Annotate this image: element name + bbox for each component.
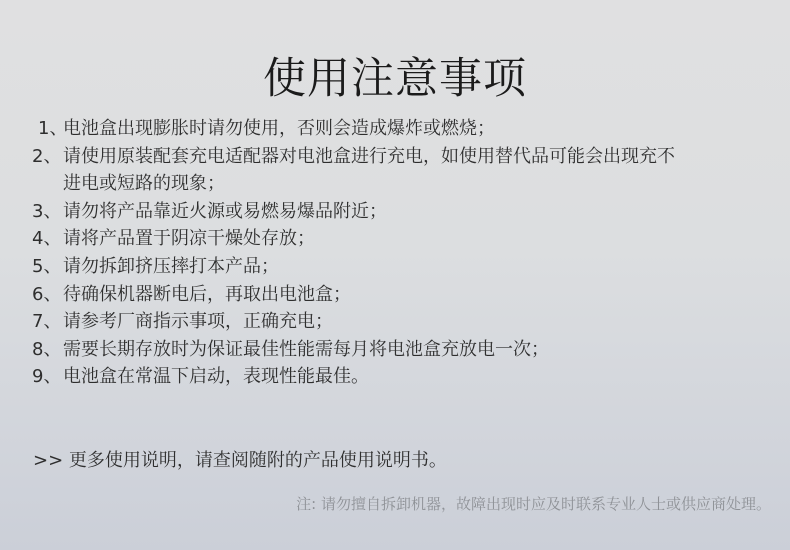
list-item: 9、 电池盒在常温下启动，表现性能最佳。 [0, 363, 790, 391]
item-number: 7、 [32, 308, 61, 336]
item-text: 请将产品置于阴凉干燥处存放； [63, 228, 315, 249]
footnote: 注: 请勿擅自拆卸机器，故障出现时应及时联系专业人士或供应商处理。 [296, 493, 771, 515]
item-text: 电池盒出现膨胀时请勿使用，否则会造成爆炸或燃烧； [63, 118, 495, 139]
list-item: 3、 请勿将产品靠近火源或易燃易爆品附近； [0, 198, 790, 226]
item-number: 3、 [32, 198, 61, 226]
item-number: 8、 [32, 336, 61, 364]
item-number: 2、 [32, 143, 61, 171]
item-text: 请使用原装配套充电适配器对电池盒进行充电，如使用替代品可能会出现充不 [63, 146, 675, 167]
list-item: 5、 请勿拆卸挤压摔打本产品； [0, 253, 790, 281]
item-text: 待确保机器断电后，再取出电池盒； [63, 284, 351, 305]
list-item: 2、 请使用原装配套充电适配器对电池盒进行充电，如使用替代品可能会出现充不 [0, 143, 790, 171]
item-number: 1、 [38, 115, 67, 143]
item-text-continuation: 进电或短路的现象； [63, 173, 225, 194]
item-number: 5、 [32, 253, 61, 281]
usage-precautions-page: 使用注意事项 1、 电池盒出现膨胀时请勿使用，否则会造成爆炸或燃烧； 2、 请使… [0, 0, 790, 550]
list-item: 7、 请参考厂商指示事项，正确充电； [0, 308, 790, 336]
page-title: 使用注意事项 [0, 51, 790, 107]
list-item: 4、 请将产品置于阴凉干燥处存放； [0, 225, 790, 253]
item-text: 请勿拆卸挤压摔打本产品； [63, 256, 279, 277]
item-text: 电池盒在常温下启动，表现性能最佳。 [63, 366, 369, 387]
list-item-continuation: 进电或短路的现象； [0, 170, 790, 198]
item-text: 请参考厂商指示事项，正确充电； [63, 311, 333, 332]
item-text: 需要长期存放时为保证最佳性能需每月将电池盒充放电一次； [63, 339, 549, 360]
list-item: 8、 需要长期存放时为保证最佳性能需每月将电池盒充放电一次； [0, 336, 790, 364]
more-info-text: >> 更多使用说明，请查阅随附的产品使用说明书。 [33, 448, 447, 474]
item-text: 请勿将产品靠近火源或易燃易爆品附近； [63, 201, 387, 222]
list-item: 6、 待确保机器断电后，再取出电池盒； [0, 281, 790, 309]
item-number: 4、 [32, 225, 61, 253]
item-number: 9、 [32, 363, 61, 391]
precautions-list: 1、 电池盒出现膨胀时请勿使用，否则会造成爆炸或燃烧； 2、 请使用原装配套充电… [0, 115, 790, 391]
item-number: 6、 [32, 281, 61, 309]
list-item: 1、 电池盒出现膨胀时请勿使用，否则会造成爆炸或燃烧； [0, 115, 790, 143]
